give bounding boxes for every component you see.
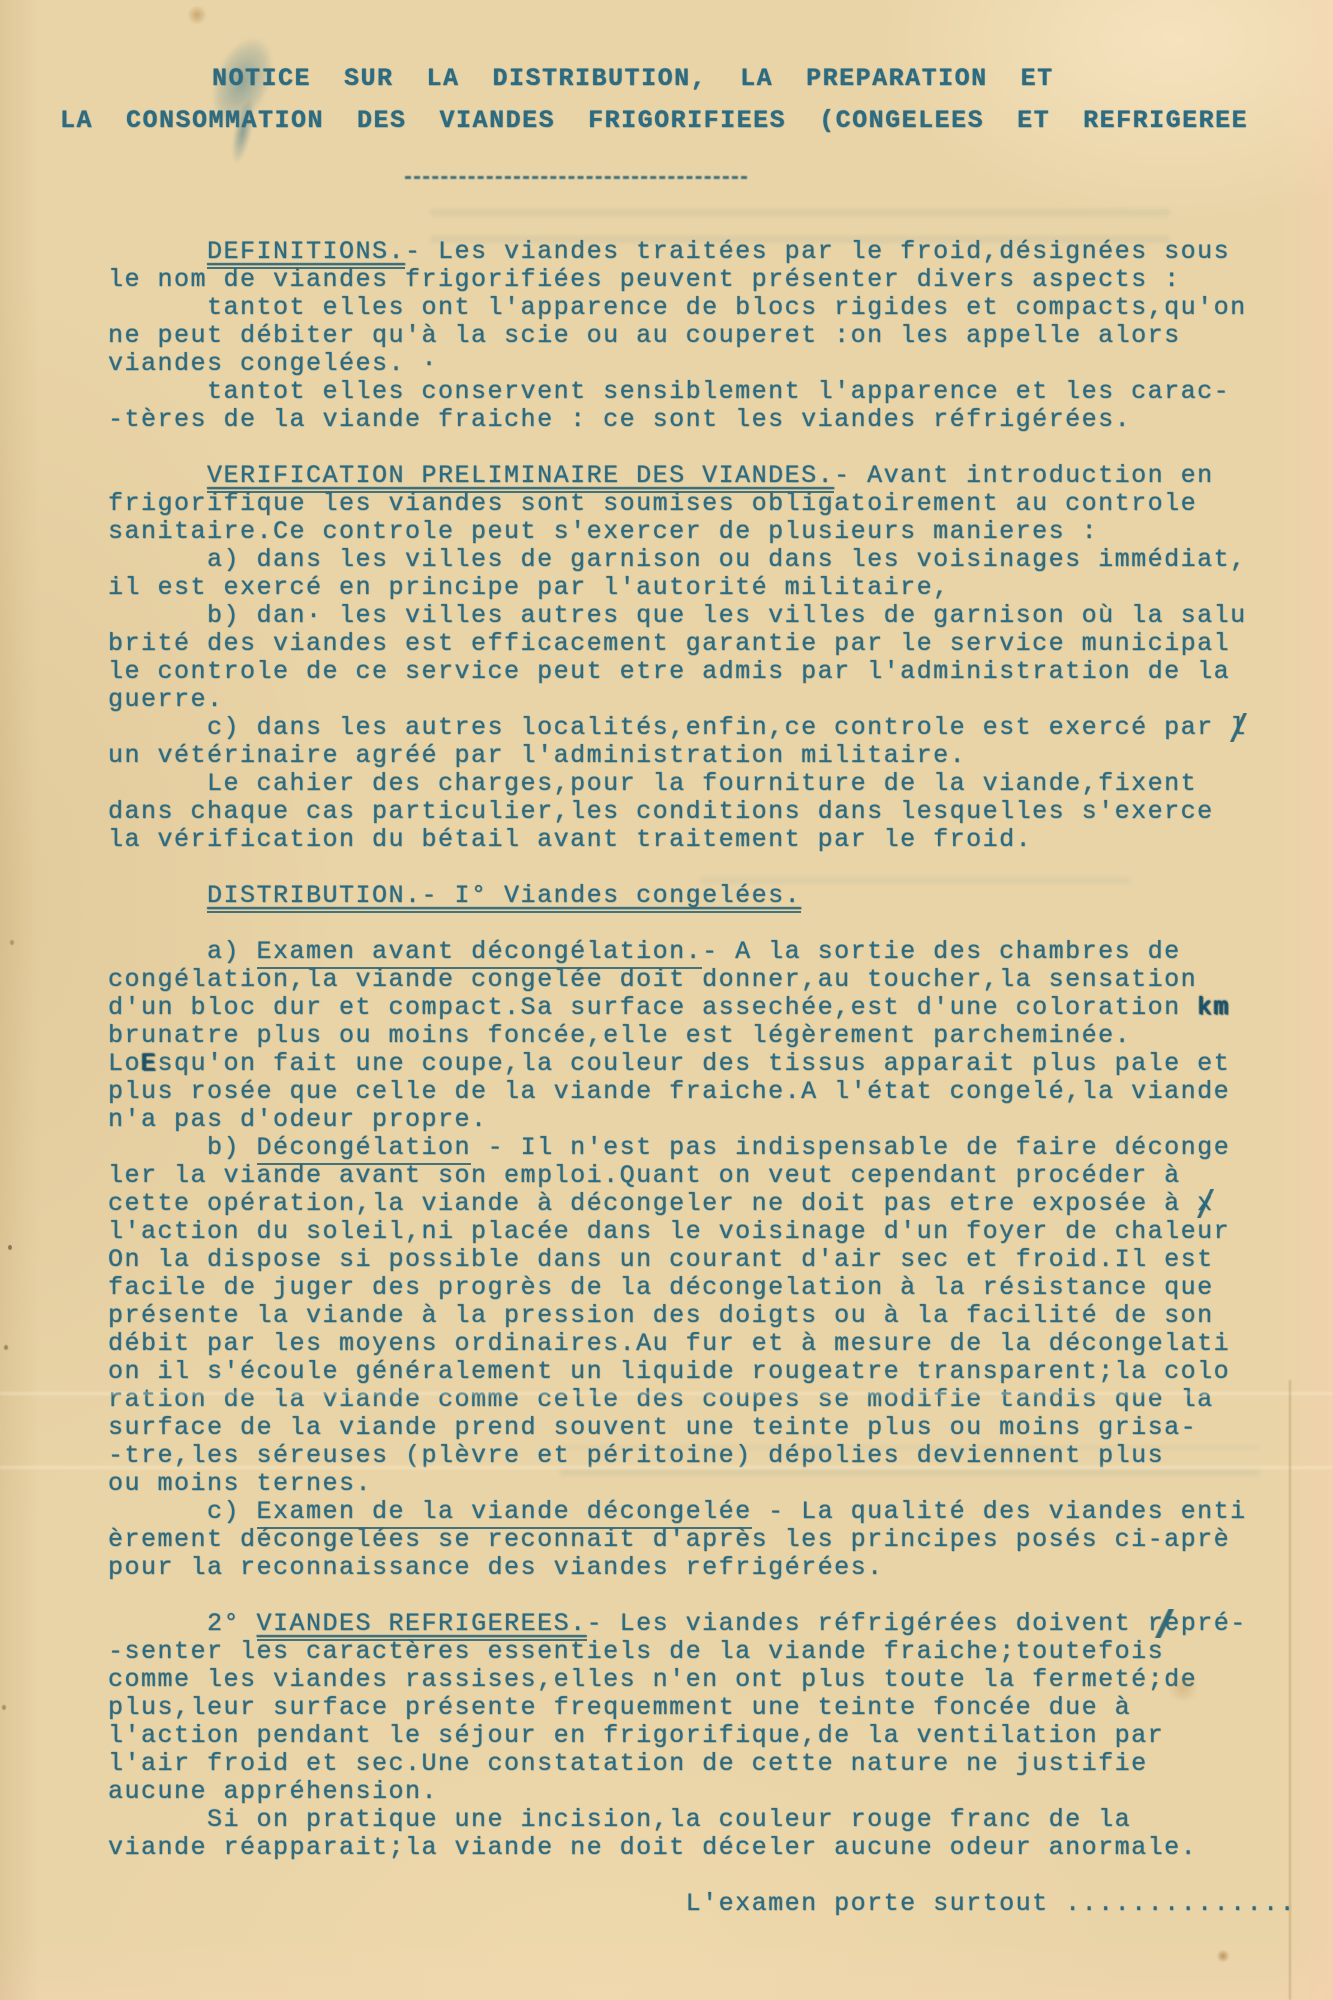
document-title-line1: NOTICE SUR LA DISTRIBUTION, LA PREPARATI…: [212, 64, 1054, 93]
scanned-typewritten-document: NOTICE SUR LA DISTRIBUTION, LA PREPARATI…: [0, 0, 1333, 2000]
document-title-line2: LA CONSOMMATION DES VIANDES FRIGORIFIEES…: [60, 106, 1248, 135]
body-text: - Les viandes traitées par le froid,dési…: [108, 237, 1247, 490]
paper-crease: [0, 1392, 1333, 1395]
body-text: a): [108, 937, 257, 966]
overtyped-text: km: [1197, 993, 1230, 1022]
body-text: - Les viandes réfrigérées doivent: [587, 1609, 1148, 1638]
struck-out-character: x: [1197, 1189, 1214, 1218]
struck-out-character: l: [1230, 713, 1247, 742]
section-heading-distribution: DISTRIBUTION.- I° Viandes congelées.: [207, 881, 801, 913]
struck-out-characters: re: [1148, 1609, 1181, 1638]
title-underline-rule: [405, 176, 747, 179]
paper-specks: [8, 1245, 12, 1250]
paper-stain: [1165, 1675, 1201, 1701]
body-text: pré- -senter les caractères essentiels d…: [108, 1609, 1296, 1918]
page-edge-crease: [1289, 1380, 1291, 2000]
body-text: - Avant introduction en frigorifique les…: [108, 461, 1247, 742]
body-text: [108, 237, 207, 266]
body-text: l'action du soleil,ni placée dans le voi…: [108, 1217, 1230, 1526]
paper-stain: [1216, 1950, 1230, 1962]
document-body: DEFINITIONS.- Les viandes traitées par l…: [108, 238, 1305, 1918]
paper-crease: [0, 1466, 1333, 1469]
paper-stain: [186, 6, 208, 24]
overtyped-text: E: [141, 1049, 158, 1078]
